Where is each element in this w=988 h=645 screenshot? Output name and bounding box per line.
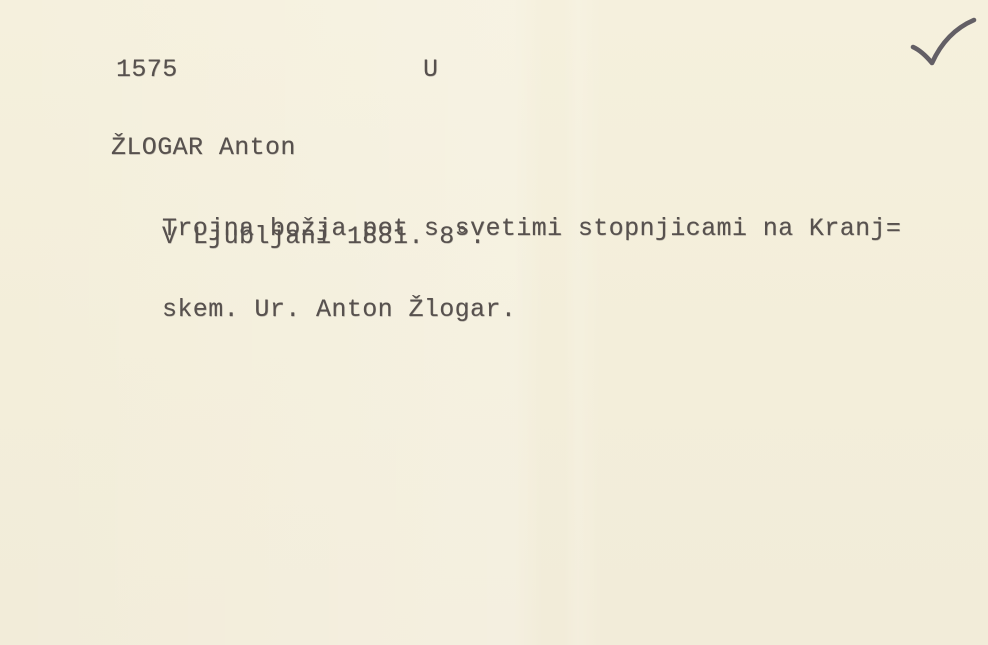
catalog-card: 1575 U ŽLOGAR Anton Trojna božja pot s s… xyxy=(0,0,988,645)
section-letter: U xyxy=(423,56,438,83)
title-line: skem. Ur. Anton Žlogar. xyxy=(162,296,901,323)
card-number: 1575 xyxy=(116,56,178,83)
author-heading: ŽLOGAR Anton xyxy=(111,134,296,161)
title-statement: Trojna božja pot s svetimi stopnjicami n… xyxy=(162,161,901,377)
imprint-line: V Ljubljani 1881. 8°. xyxy=(162,223,485,250)
check-icon xyxy=(906,13,984,71)
